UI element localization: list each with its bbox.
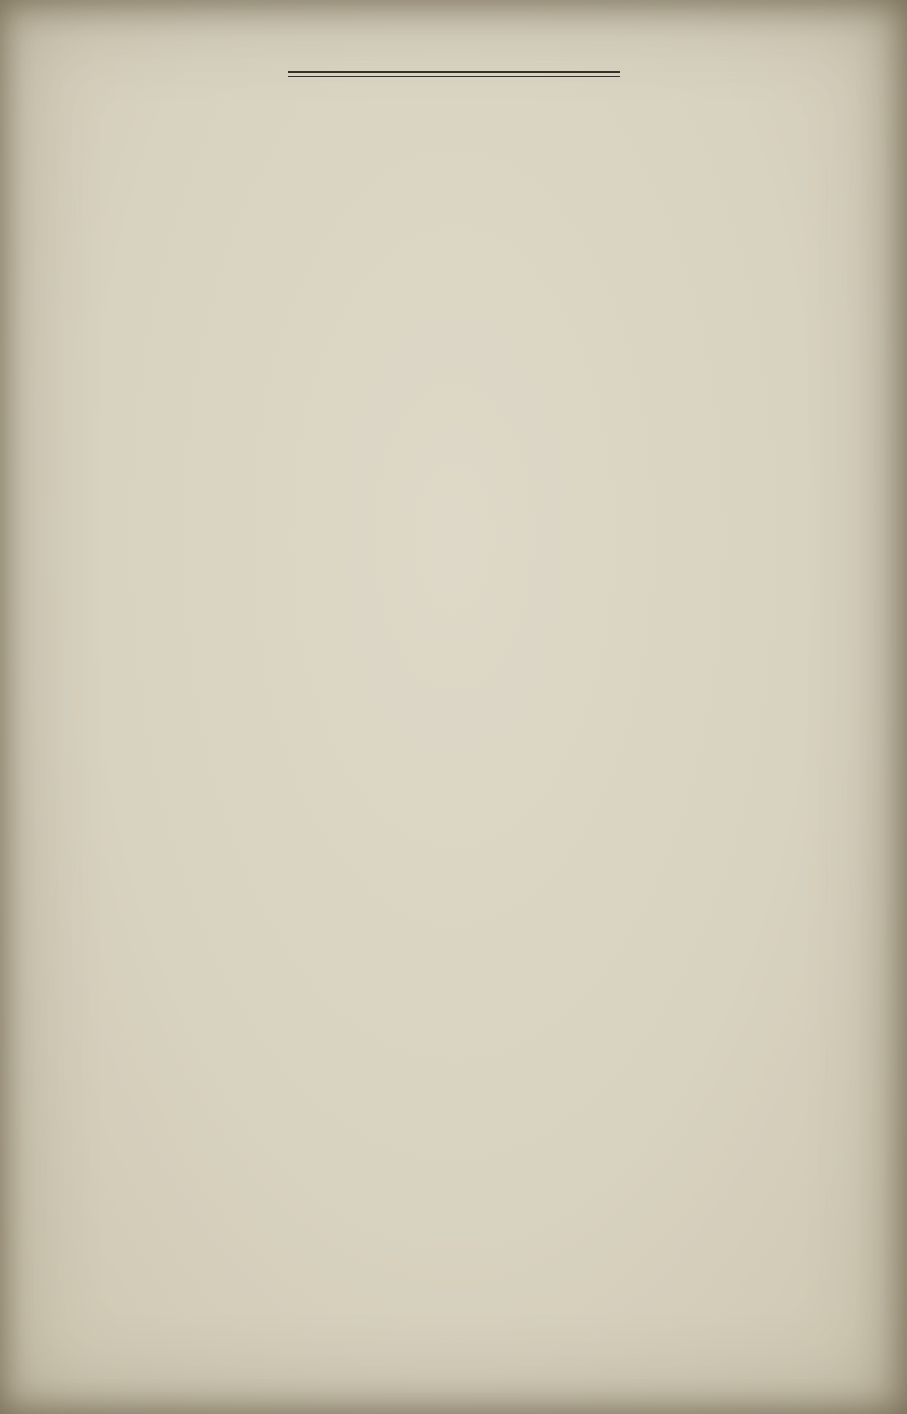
pencil-note-text: [51, 1362, 54, 1386]
pencil-note-x: [37, 1362, 40, 1386]
kicker-to-the: [0, 0, 907, 27]
verso-show-through: [0, 0, 907, 1414]
masthead: [0, 0, 907, 77]
double-rule-divider: [288, 71, 620, 77]
broadside-page: [0, 0, 907, 1414]
printed-sheet: [0, 0, 907, 127]
handwritten-pencil-note: [37, 1342, 882, 1387]
